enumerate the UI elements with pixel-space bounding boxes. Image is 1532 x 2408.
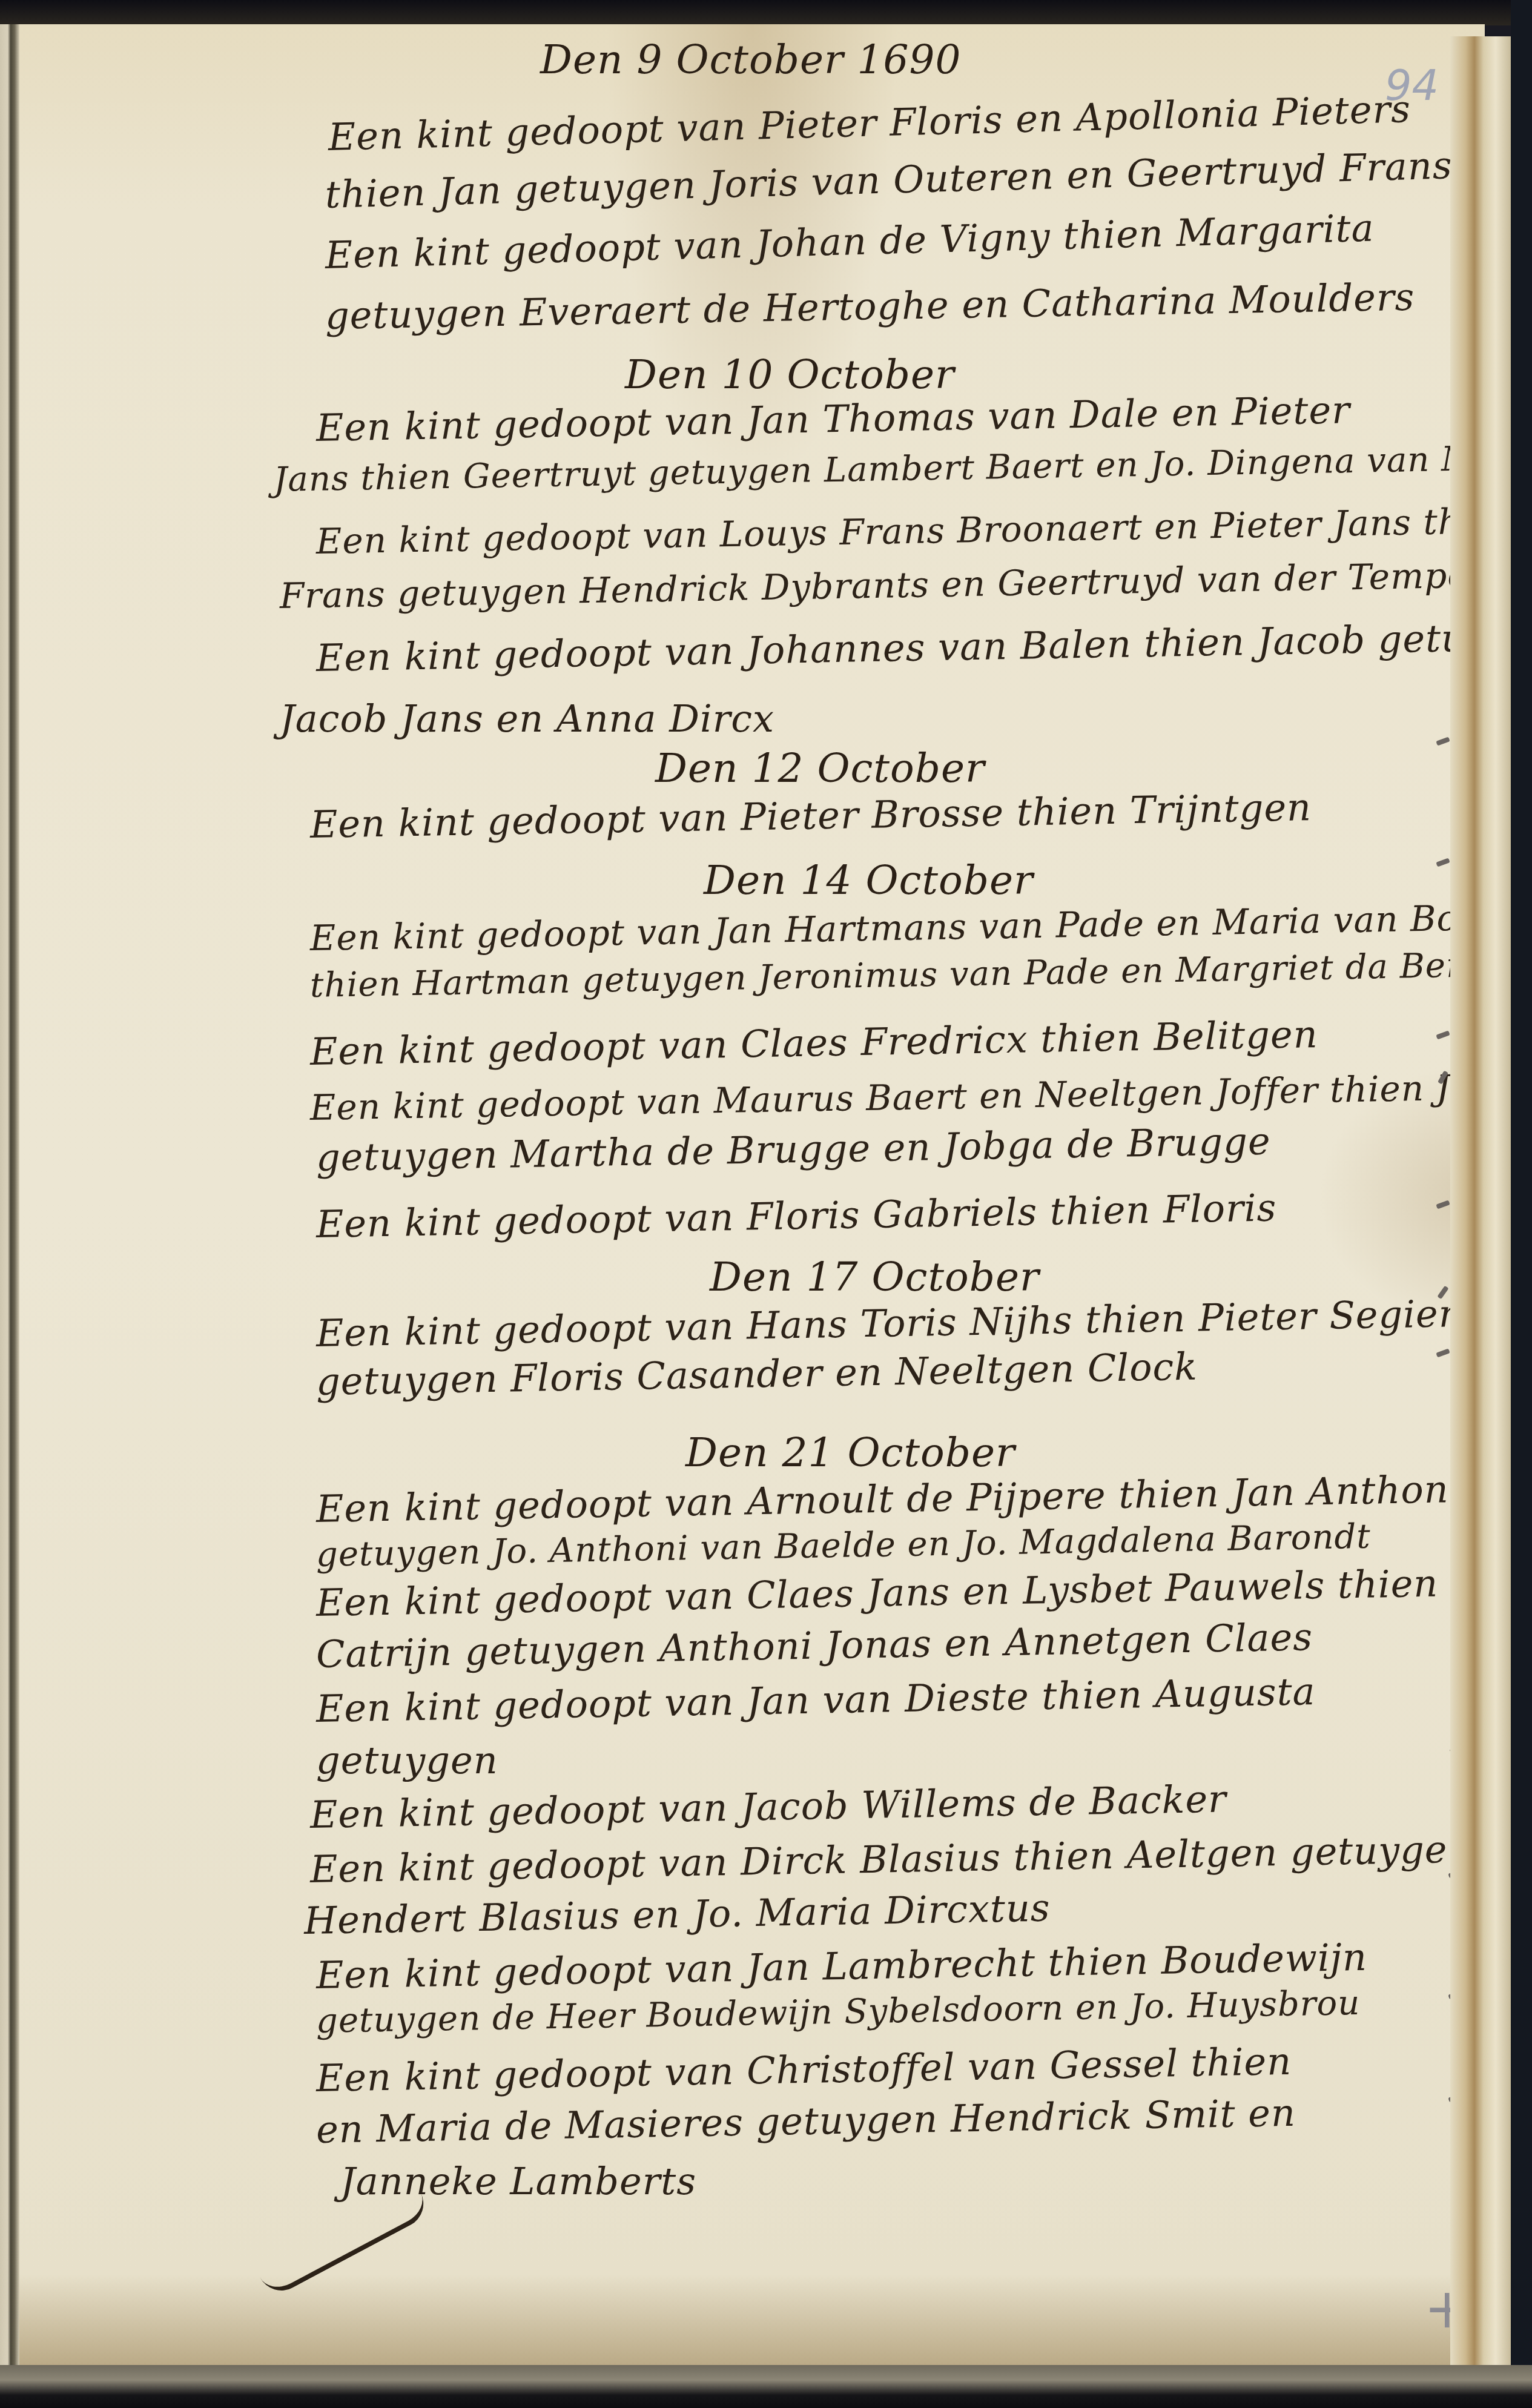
binding-gutter: [0, 24, 19, 2374]
entry-line: Een kint gedoopt van Dirck Blasius thien…: [309, 1827, 1473, 1891]
entry-line: Een kint gedoopt van Christoffel van Ges…: [315, 2039, 1292, 2100]
entry-line: Een kint gedoopt van Johan de Vigny thie…: [325, 206, 1375, 277]
closing-flourish: [258, 2188, 432, 2299]
entry-line: getuygen Martha de Brugge en Jobga de Br…: [315, 1119, 1271, 1180]
scanner-frame-right: [1511, 0, 1532, 2408]
date-heading: Den 12 October: [655, 745, 985, 792]
date-heading: Den 10 October: [625, 351, 955, 398]
date-heading: Den 17 October: [710, 1254, 1040, 1300]
scanner-frame-bottom: [0, 2365, 1532, 2408]
entry-line: Janneke Lamberts: [340, 2159, 696, 2203]
entry-line: Een kint gedoopt van Johannes van Balen …: [315, 614, 1532, 680]
entry-line: Frans getuygen Hendrick Dybrants en Geer…: [279, 554, 1481, 617]
entry-line: Een kint gedoopt van Jan Thomas van Dale…: [315, 388, 1350, 450]
scanner-frame-top: [0, 0, 1532, 25]
entry-line: Jans thien Geertruyt getuygen Lambert Ba…: [273, 438, 1528, 500]
entry-line: Een kint gedoopt van Floris Gabriels thi…: [315, 1185, 1277, 1246]
entry-line: Een kint gedoopt van Jan van Dieste thie…: [315, 1669, 1316, 1731]
entry-line: Een kint gedoopt van Hans Toris Nijhs th…: [315, 1291, 1458, 1355]
entry-line: getuygen Floris Casander en Neeltgen Clo…: [315, 1345, 1198, 1404]
date-heading: Den 14 October: [704, 857, 1034, 904]
date-heading: Den 9 October 1690: [540, 36, 962, 83]
page-stack-edge: [1450, 36, 1511, 2368]
entry-line: Een kint gedoopt van Maurus Baert en Nee…: [309, 1067, 1496, 1128]
entry-line: Een kint gedoopt van Louys Frans Broonae…: [315, 500, 1517, 562]
entry-line: Een kint gedoopt van Claes Fredricx thie…: [309, 1012, 1318, 1074]
register-text: Den 9 October 1690 Een kint gedoopt van …: [19, 24, 1485, 2368]
entry-line: Jacob Jans en Anna Dircx: [280, 696, 774, 741]
entry-line: getuygen: [316, 1738, 498, 1782]
manuscript-page: 94 Den 9 October 1690 Een kint gedoopt v…: [19, 24, 1485, 2368]
entry-line: getuygen Everaert de Hertoghe en Cathari…: [325, 275, 1415, 338]
entry-line: Een kint gedoopt van Jacob Willems de Ba…: [309, 1777, 1227, 1837]
entry-line: Een kint gedoopt van Pieter Brosse thien…: [309, 785, 1312, 847]
entry-line: Catrijn getuygen Anthoni Jonas en Annetg…: [315, 1615, 1313, 1676]
entry-line: Hendert Blasius en Jo. Maria Dircxtus: [303, 1885, 1051, 1943]
entry-line: en Maria de Masieres getuygen Hendrick S…: [315, 2091, 1296, 2152]
date-heading: Den 21 October: [685, 1429, 1015, 1476]
